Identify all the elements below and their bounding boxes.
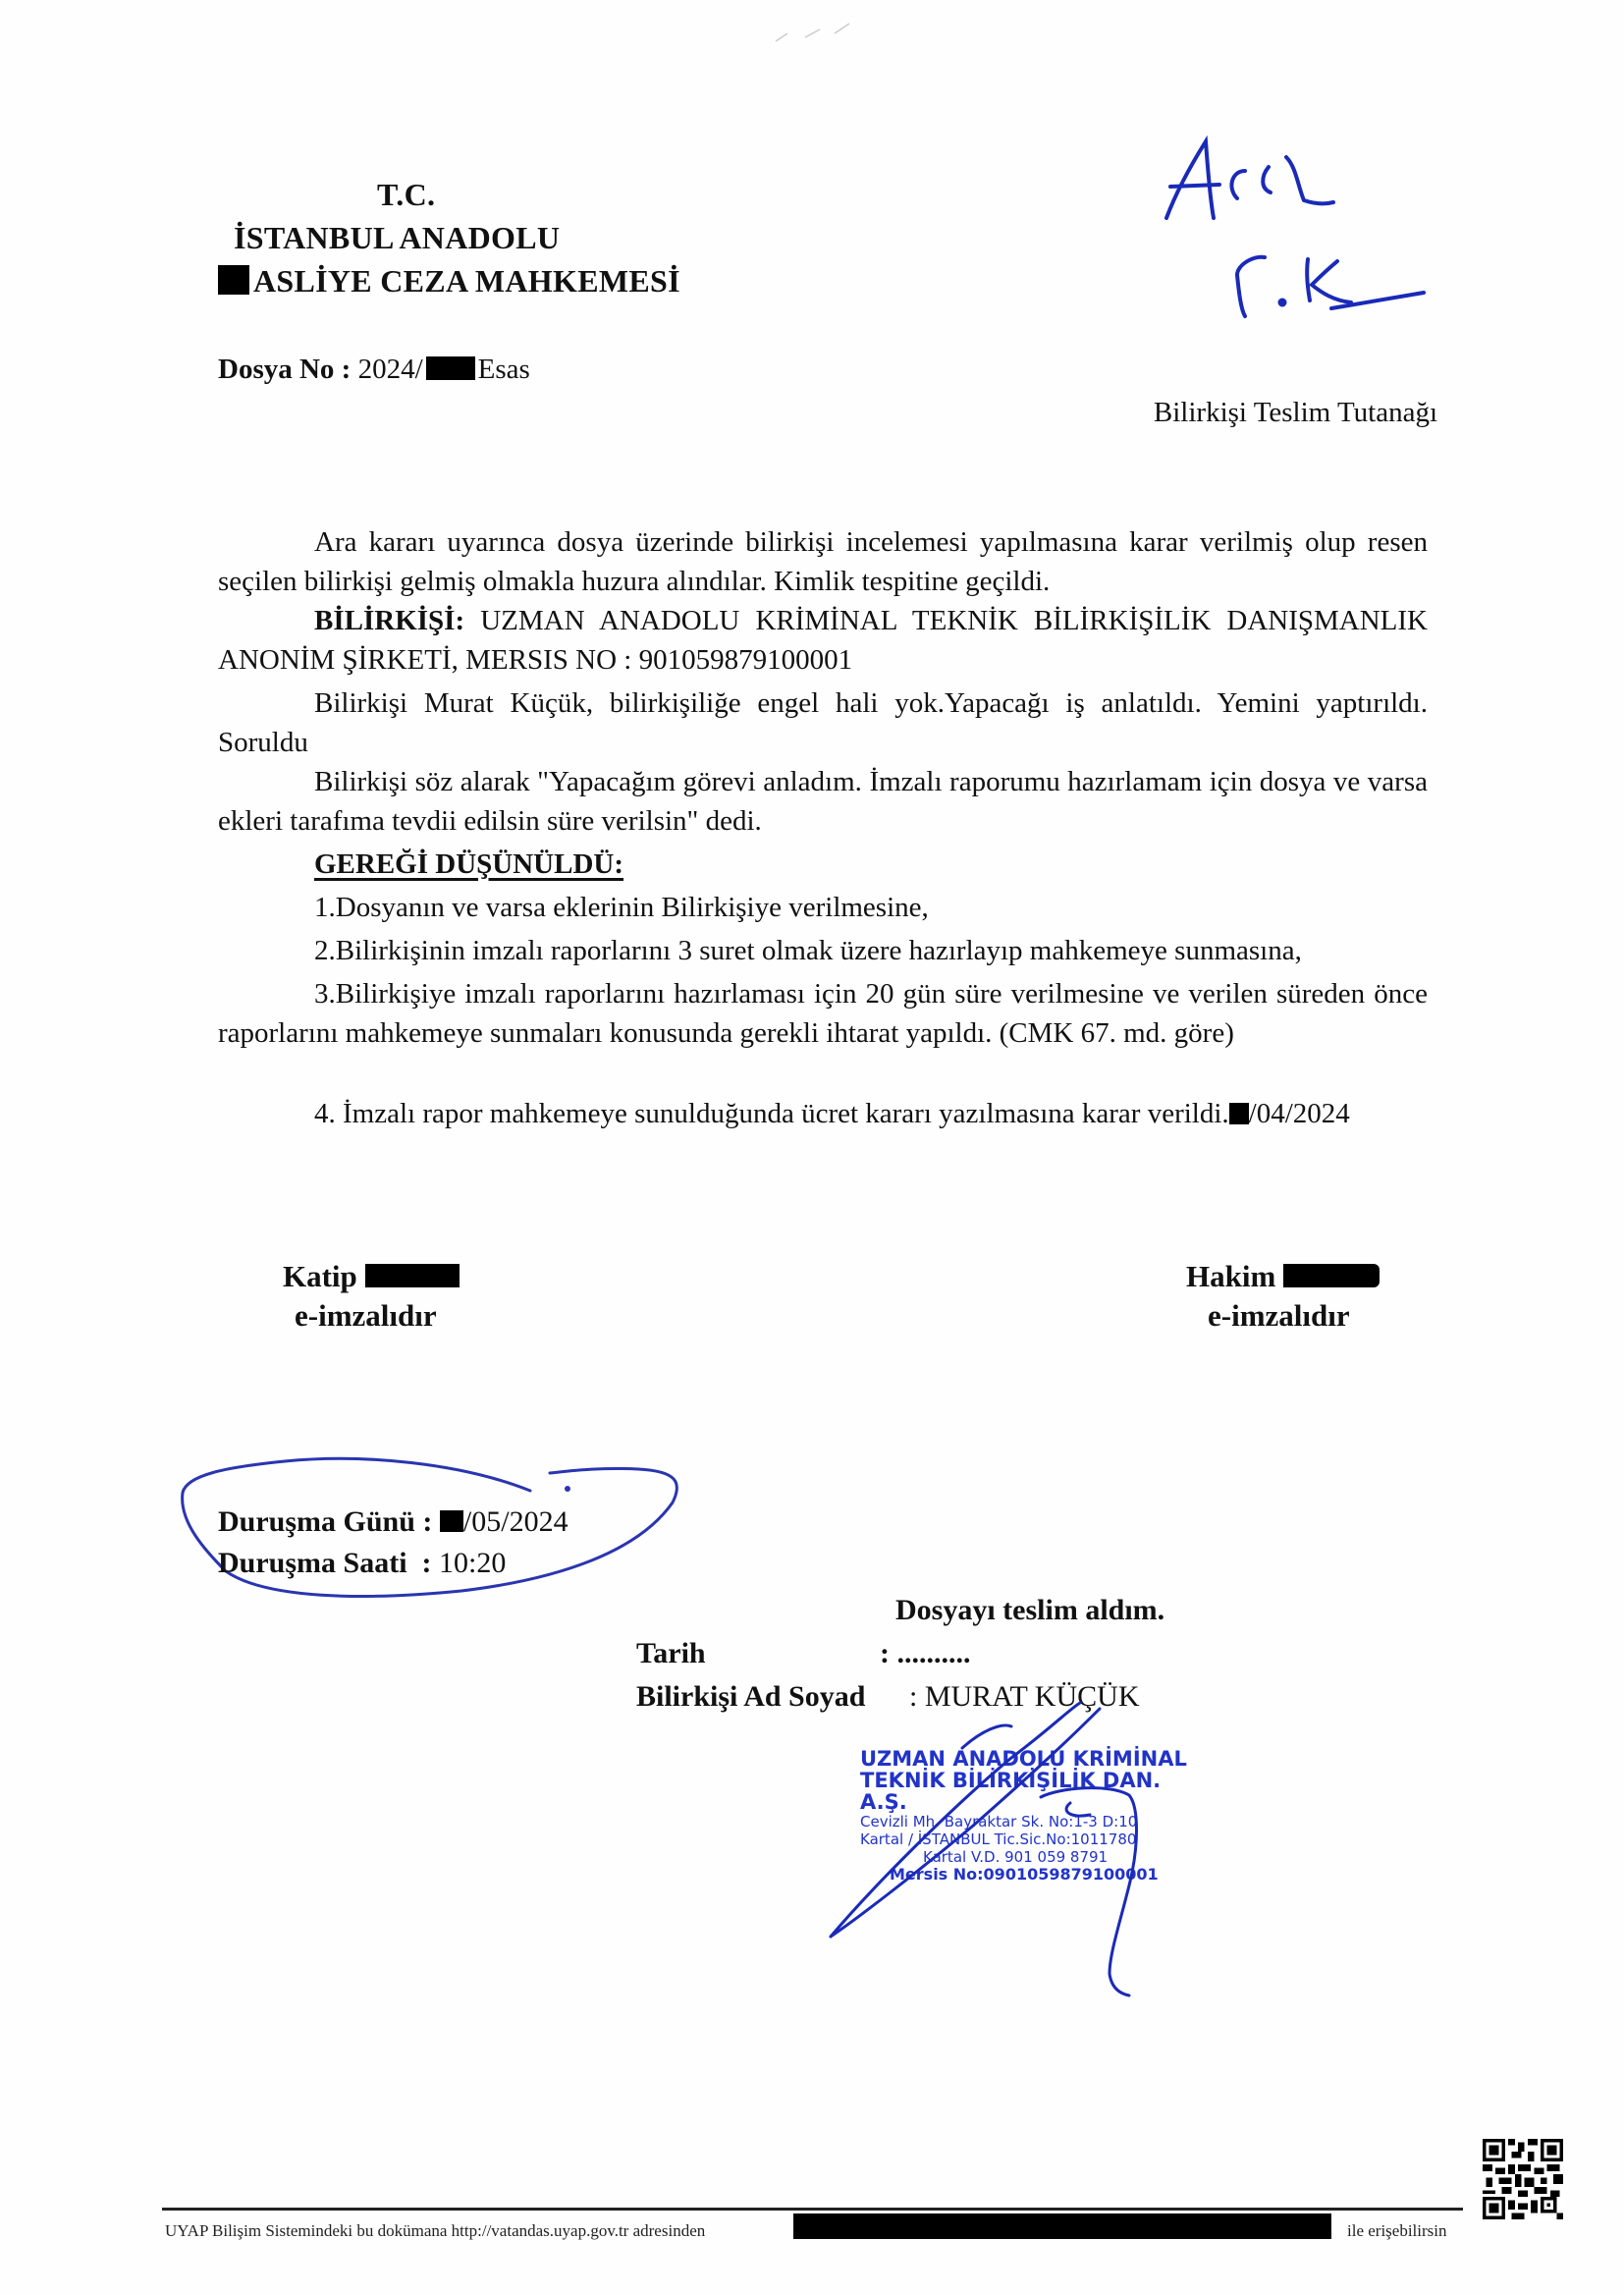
handwritten-signature [815, 1689, 1227, 2013]
court-name-text: ASLİYE CEZA MAHKEMESİ [253, 263, 680, 299]
document-title: Bilirkişi Teslim Tutanağı [1154, 393, 1437, 432]
header-court-name: ASLİYE CEZA MAHKEMESİ [218, 259, 680, 302]
footer-uyap-text: UYAP Bilişim Sistemindeki bu dokümana ht… [165, 2221, 705, 2241]
hearing-date-label: Duruşma Günü : [218, 1505, 432, 1538]
paragraph-statement: Bilirkişi söz alarak "Yapacağım görevi a… [218, 762, 1428, 841]
clerk-label: Katip [283, 1259, 357, 1293]
qr-code-icon [1483, 2139, 1563, 2219]
judge-signature-block: Hakim [1186, 1257, 1380, 1296]
file-number-year: 2024/ [358, 354, 423, 385]
decision-item-3: 3.Bilirkişiye imzalı raporlarını hazırla… [218, 974, 1428, 1053]
hearing-time-label: Duruşma Saati [218, 1547, 407, 1579]
paragraph-oath: Bilirkişi Murat Küçük, bilirkişiliğe eng… [218, 683, 1428, 762]
redacted-decision-day [1229, 1103, 1249, 1124]
receipt-date-label: Tarih [636, 1634, 706, 1673]
hearing-time-row: Duruşma Saati : 10:20 [218, 1544, 506, 1583]
decision-date-suffix: /04/2024 [1249, 1098, 1350, 1129]
decision-item-2: 2.Bilirkişinin imzalı raporlarını 3 sure… [218, 931, 1428, 970]
receipt-heading: Dosyayı teslim aldım. [895, 1591, 1164, 1630]
redacted-court-number [218, 265, 249, 295]
decision-heading: GEREĞİ DÜŞÜNÜLDÜ: [314, 845, 623, 884]
clerk-esign-status: e-imzalıdır [295, 1296, 437, 1336]
redacted-clerk-name [365, 1264, 460, 1287]
paragraph-intro: Ara kararı uyarınca dosya üzerinde bilir… [218, 522, 1428, 601]
file-number-suffix: Esas [478, 354, 530, 385]
hearing-time-value: 10:20 [439, 1547, 506, 1579]
receipt-date-value: : .......... [880, 1634, 971, 1673]
redacted-access-code [793, 2213, 1331, 2239]
expert-label: BİLİRKİŞİ: [314, 605, 464, 636]
judge-label: Hakim [1186, 1259, 1275, 1293]
decision-item-4: 4. İmzalı rapor mahkemeye sunulduğunda ü… [218, 1094, 1428, 1133]
redacted-judge-name [1283, 1264, 1380, 1287]
hearing-time-colon: : [422, 1547, 432, 1579]
decision-item-1: 1.Dosyanın ve varsa eklerinin Bilirkişiy… [218, 888, 1428, 927]
header-tc: T.C. [377, 173, 435, 216]
clerk-signature-block: Katip [283, 1257, 460, 1296]
judge-esign-status: e-imzalıdır [1208, 1296, 1350, 1336]
hearing-date-suffix: /05/2024 [463, 1505, 568, 1538]
redacted-file-number [426, 356, 475, 380]
paragraph-expert: BİLİRKİŞİ: UZMAN ANADOLU KRİMİNAL TEKNİK… [218, 601, 1428, 680]
decision-item-4-text: 4. İmzalı rapor mahkemeye sunulduğunda ü… [314, 1098, 1229, 1129]
header-istanbul-anadolu: İSTANBUL ANADOLU [234, 216, 560, 259]
file-number-row: Dosya No : 2024/Esas [218, 350, 530, 389]
file-number-label: Dosya No : [218, 354, 351, 385]
handwritten-urgent-note [1159, 128, 1434, 324]
hearing-date-row: Duruşma Günü : /05/2024 [218, 1503, 568, 1542]
scan-artifact [766, 20, 874, 49]
redacted-hearing-day [440, 1510, 463, 1532]
footer-access-suffix: ile erişebilirsin [1347, 2221, 1447, 2241]
footer-divider [162, 2208, 1463, 2211]
